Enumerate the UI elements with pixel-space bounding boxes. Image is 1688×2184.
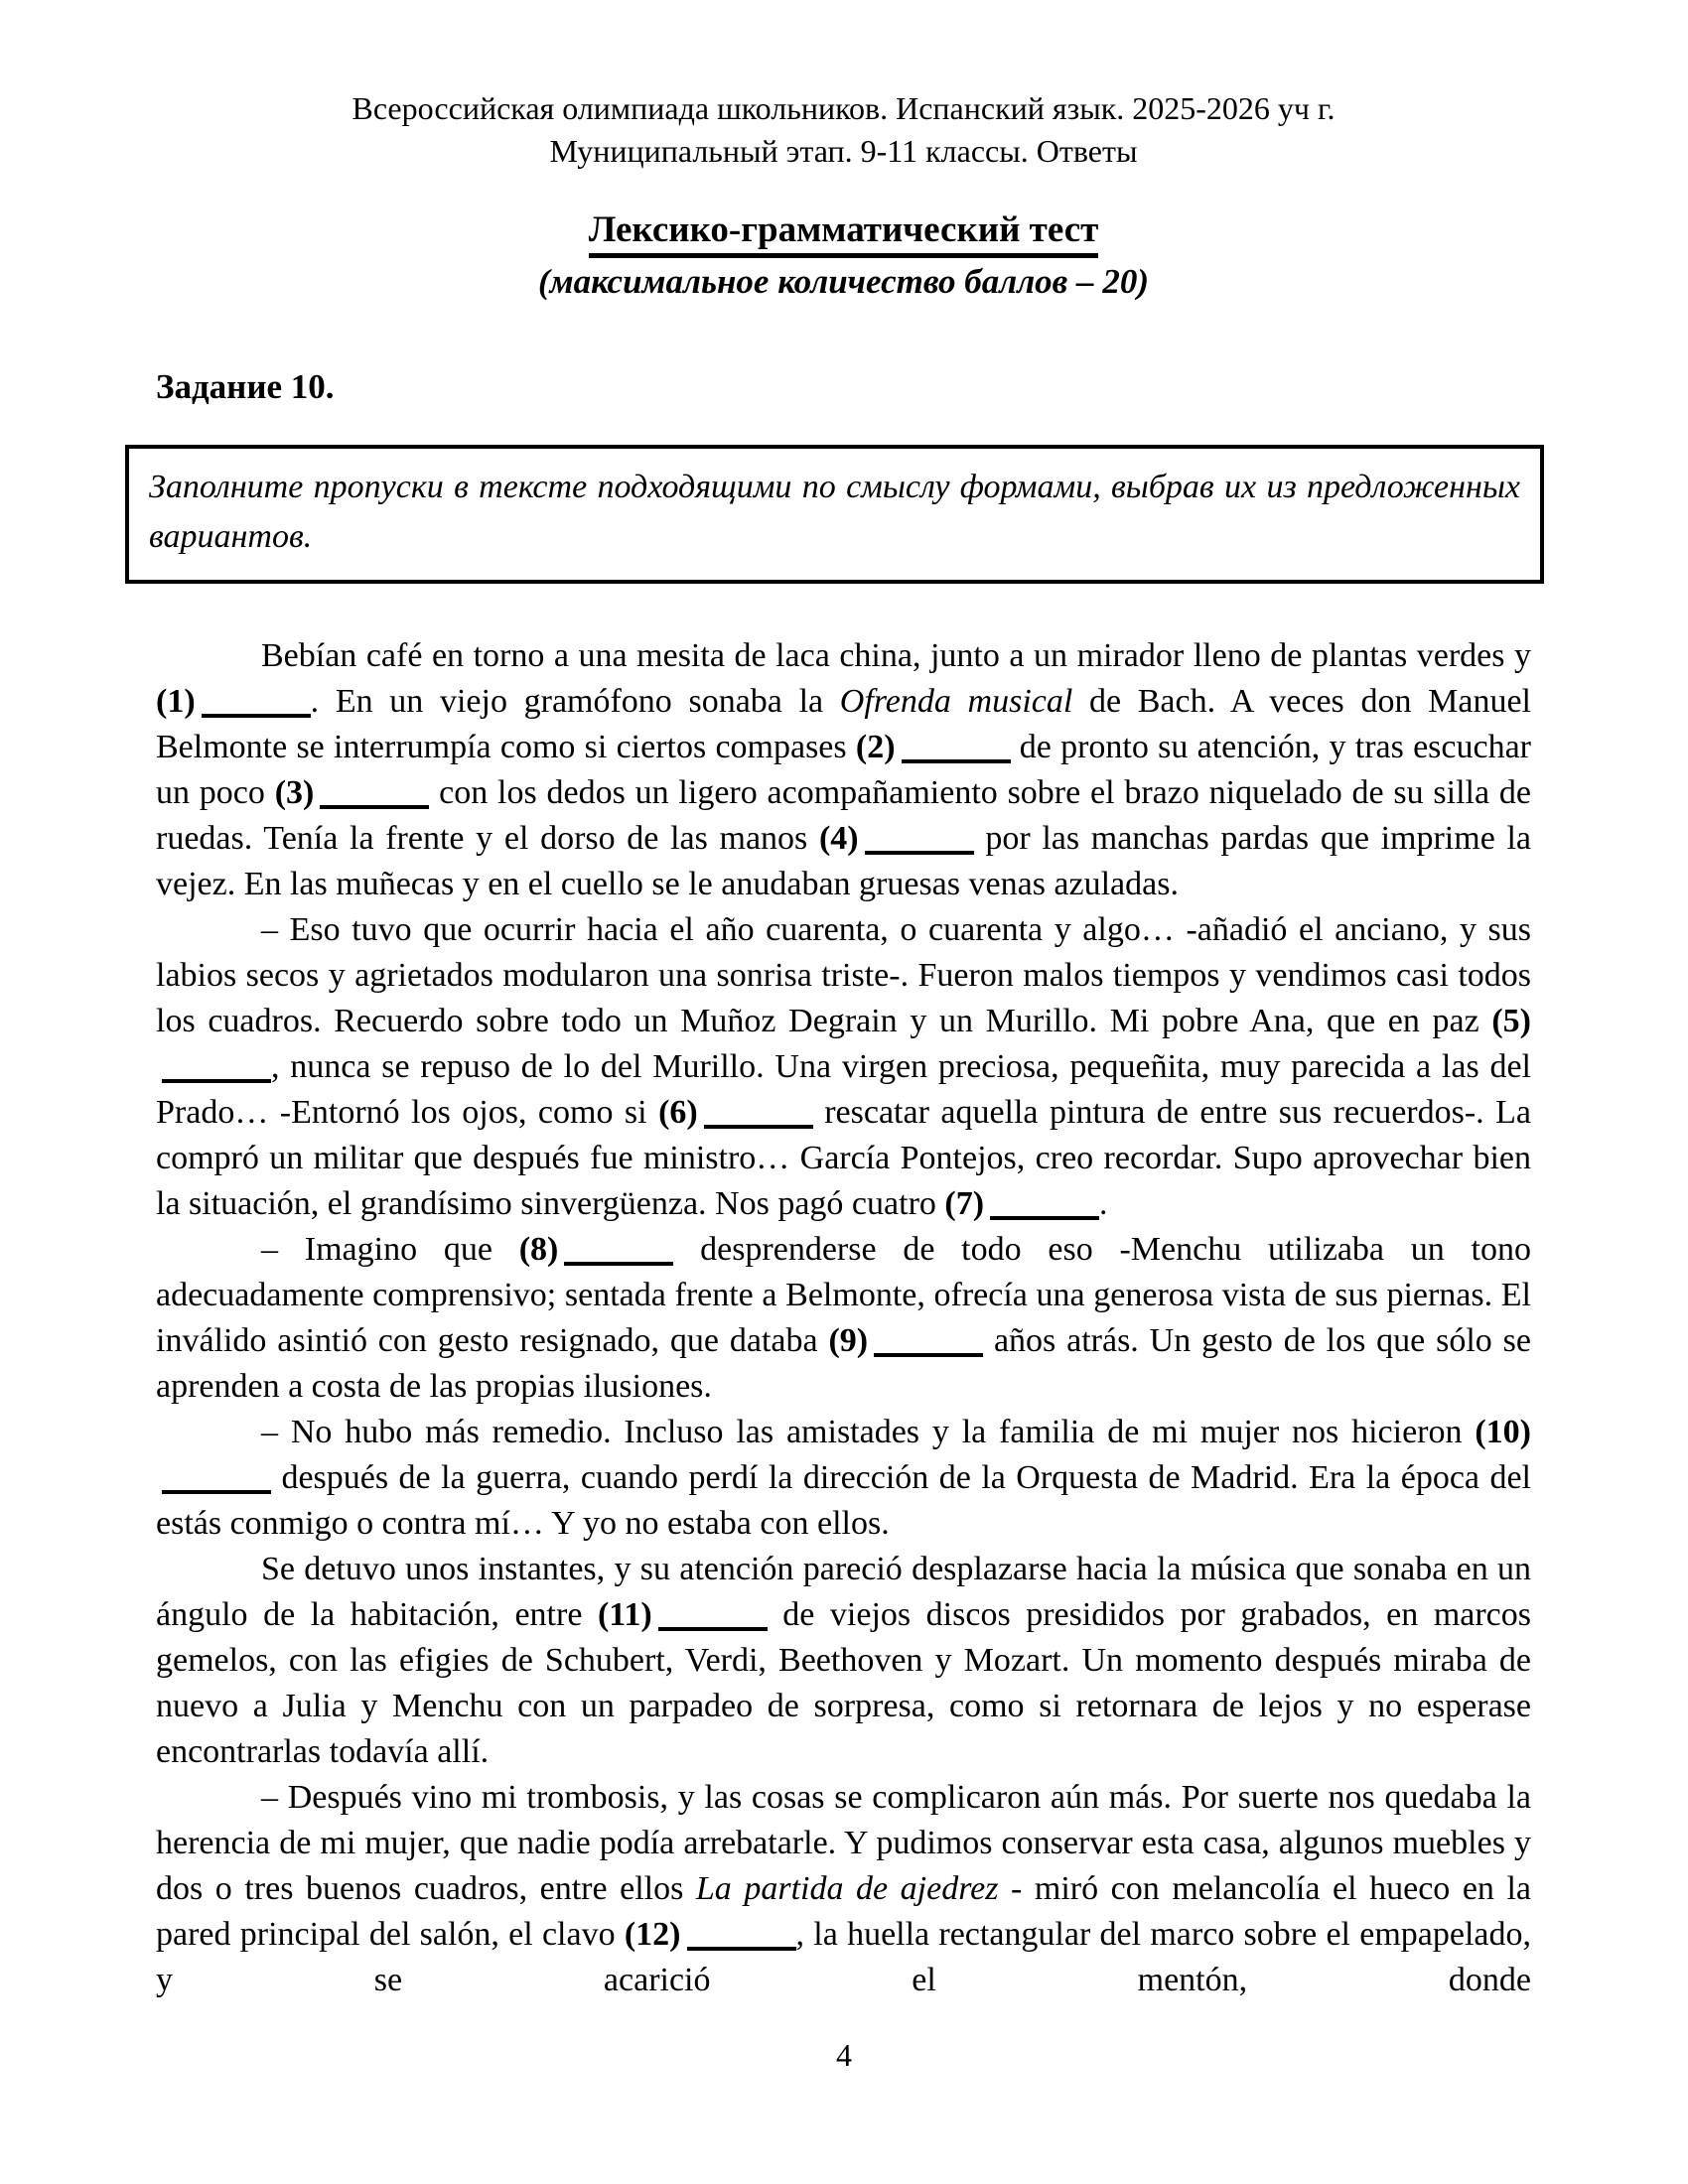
paragraph: – Imagino que (8) desprenderse de todo e… [156,1227,1531,1410]
blank-number: (8) [519,1231,559,1268]
answer-blank [874,1348,983,1357]
blank-number: (5) [1491,1003,1531,1039]
text-run: – Imagino que [261,1231,519,1268]
answer-blank [687,1942,796,1951]
page-number: 4 [0,2037,1688,2074]
blank-number: (2) [856,729,896,765]
doc-title-wrap: Лексико-грамматический тест [156,208,1531,252]
paragraph: Se detuvo unos instantes, y su atención … [156,1547,1531,1775]
text-run: después de la guerra, cuando perdí la di… [156,1459,1531,1542]
text-body: Bebían café en torno a una mesita de lac… [156,633,1531,2003]
header-line-1: Всероссийская олимпиада школьников. Испа… [156,87,1531,130]
text-run: . [1099,1185,1108,1222]
text-run: – No hubo más remedio. Incluso las amist… [261,1414,1475,1450]
answer-blank [320,800,429,809]
doc-title: Лексико-грамматический тест [589,209,1099,258]
document-page: Всероссийская олимпиада школьников. Испа… [0,0,1688,2184]
answer-blank [704,1120,813,1129]
instruction-box: Заполните пропуски в тексте подходящими … [125,445,1544,584]
text-run: – Eso tuvo que ocurrir hacia el año cuar… [156,911,1531,1039]
doc-subtitle: (максимальное количество баллов – 20) [156,260,1531,304]
blank-number: (11) [598,1596,652,1633]
blank-number: (7) [944,1185,984,1222]
text-run: La partida de ajedrez [696,1870,999,1907]
blank-number: (10) [1475,1414,1531,1450]
blank-number: (12) [625,1916,681,1953]
paragraph: – Eso tuvo que ocurrir hacia el año cuar… [156,907,1531,1227]
text-run: Ofrenda musical [840,683,1073,720]
answer-blank [990,1211,1099,1220]
answer-blank [658,1622,768,1631]
answer-blank [162,1074,271,1083]
task-heading: Задание 10. [156,365,1531,409]
answer-blank [162,1485,271,1494]
blank-number: (1) [156,683,196,720]
answer-blank [865,846,974,855]
blank-number: (4) [819,820,859,857]
blank-number: (3) [275,774,315,811]
answer-blank [902,754,1011,763]
page-content: Всероссийская олимпиада школьников. Испа… [156,0,1531,2003]
blank-number: (6) [658,1094,698,1131]
answer-blank [564,1257,673,1266]
header-line-2: Муниципальный этап. 9-11 классы. Ответы [156,130,1531,173]
page-header: Всероссийская олимпиада школьников. Испа… [156,87,1531,173]
paragraph: – Después vino mi trombosis, y las cosas… [156,1775,1531,2003]
answer-blank [202,709,311,718]
paragraph: – No hubo más remedio. Incluso las amist… [156,1410,1531,1547]
blank-number: (9) [828,1322,868,1359]
instruction-text: Заполните пропуски в тексте подходящими … [149,463,1520,562]
text-run: Bebían café en torno a una mesita de lac… [261,637,1531,674]
paragraph: Bebían café en torno a una mesita de lac… [156,633,1531,907]
text-run: . En un viejo gramófono sonaba la [311,683,840,720]
